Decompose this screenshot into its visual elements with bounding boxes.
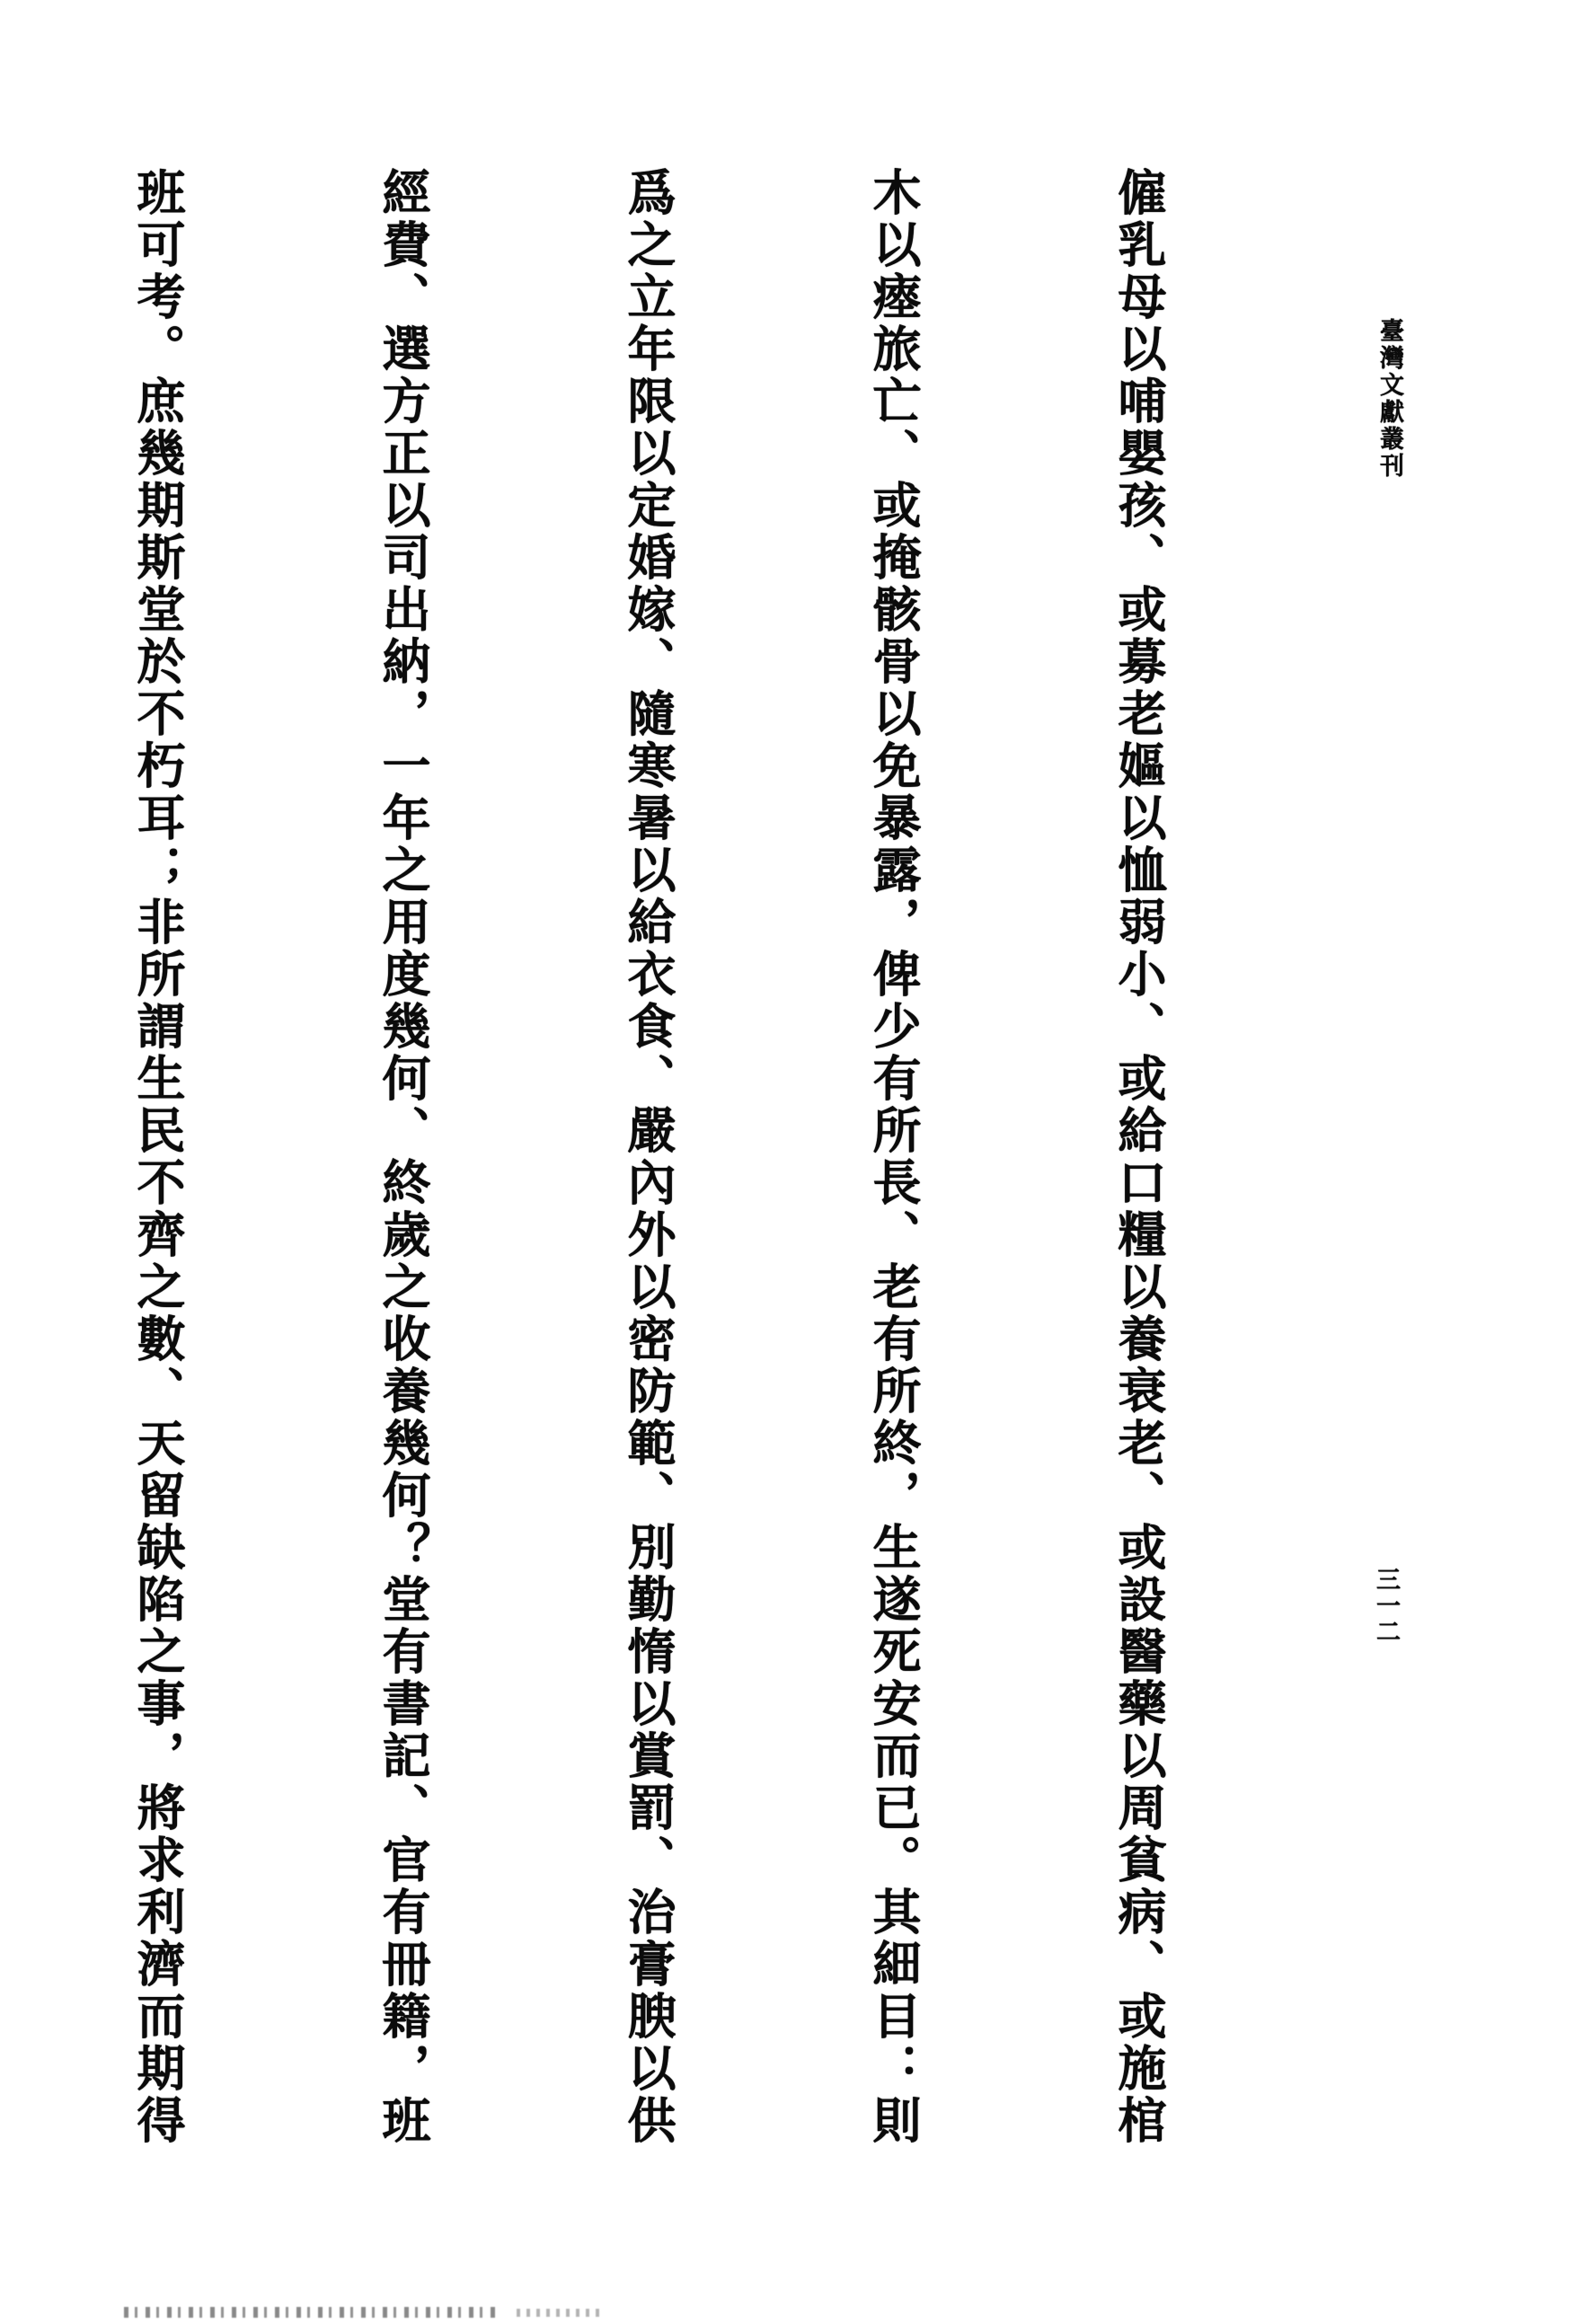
text-column: 木以瘞旅亡、或掩骸骨以免暴露，俾少有所長、老有所終，生遂死安而已。其細目：則 bbox=[852, 167, 933, 2224]
text-column: 僱乳母以哺嬰孩、或募老嫗以恤弱小、或給口糧以養衰老、或設醫藥以周貧病、或施棺 bbox=[1097, 167, 1179, 2224]
scan-artifact-strip bbox=[124, 2307, 501, 2318]
series-title: 臺灣文獻叢刊 bbox=[1373, 318, 1408, 480]
page-number: 三一二 bbox=[1369, 1567, 1404, 1645]
scanned-page-sheet: 臺灣文獻叢刊 三一二 僱乳母以哺嬰孩、或募老嫗以恤弱小、或給口糧以養衰老、或設醫… bbox=[0, 0, 1583, 2324]
scan-artifact-strip bbox=[517, 2309, 602, 2317]
vertical-text-block: 僱乳母以哺嬰孩、或募老嫗以恤弱小、或給口糧以養衰老、或設醫藥以周貧病、或施棺 木… bbox=[0, 167, 1342, 2224]
text-column: 經費、選方正以司出納，一年之用度幾何、終歲之收養幾何？堂有書記、官有冊籍，班 bbox=[361, 167, 443, 2224]
text-column: 班可考。庶幾期斯堂於不朽耳；非所謂生民不齊之數、天留缺陷之事，將求利濟而期得 bbox=[116, 167, 198, 2224]
text-column: 爲之立年限以定婚嫁、隨寒暑以給衣食、嚴內外以密防範、別勤惰以賞罰、治膏腴以供 bbox=[606, 167, 688, 2224]
